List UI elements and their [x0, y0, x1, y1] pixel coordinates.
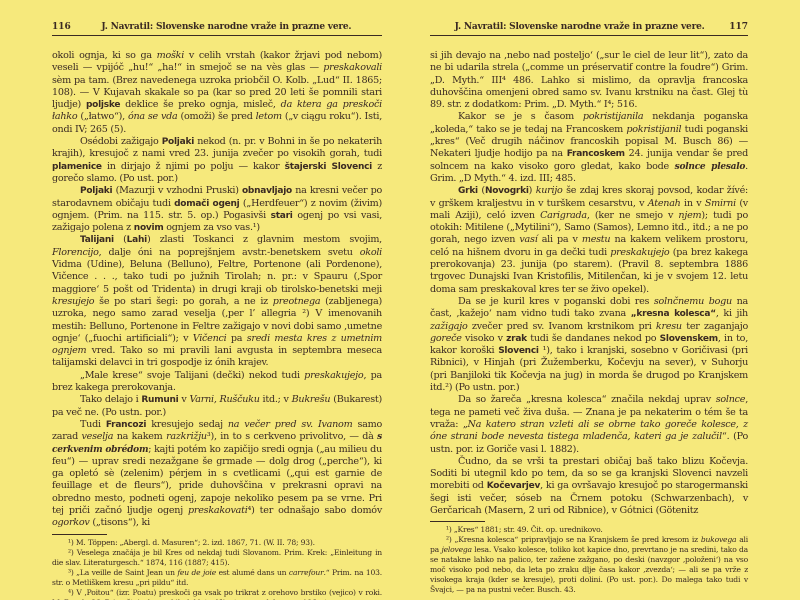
footnote: ²) Veselega značája je bil Kres od nekda… [52, 548, 382, 568]
paragraphs: si jih devajo na ‚nebo nad posteljo‘ („s… [430, 50, 748, 517]
footnote: ⁴) V ‚Poitou“ (izr. Poatu) preskoči ga v… [52, 588, 382, 600]
paragraph: okoli ognja, ki so ga moški v celih vrst… [52, 50, 382, 136]
page-number: 116 [52, 22, 71, 32]
paragraph: Da so žareča „kresna kolesca“ značila ne… [430, 394, 748, 455]
running-title: J. Navratil: Slovenske narodne vraže in … [71, 22, 382, 32]
running-title: J. Navratil: Slovenske narodne vraže in … [430, 22, 729, 32]
footnotes: ¹) „Kres“ 1881; str. 49. Čit. op. uredni… [430, 525, 748, 595]
paragraph: Talijani (Lahi) zlasti Toskanci z glavni… [52, 234, 382, 369]
page-number: 117 [729, 22, 748, 32]
footnote-divider [430, 521, 485, 522]
paragraph: „Male krese“ svoje Talijani (dečki) neko… [52, 370, 382, 395]
paragraph: Čudno, da se vrši ta prestari običaj baš… [430, 456, 748, 517]
paragraph: si jih devajo na ‚nebo nad posteljo‘ („s… [430, 50, 748, 111]
left-page: 116 J. Navratil: Slovenske narodne vraže… [52, 0, 382, 600]
paragraph: Poljaki (Mazurji v vzhodni Pruski) obnav… [52, 185, 382, 234]
footnote: ³) „La veille de Saint Jean un feu de jo… [52, 568, 382, 588]
footnote: ¹) M. Töppen: „Abergl. d. Masuren“; 2. i… [52, 538, 382, 548]
paragraph: Da se je kuril kres v poganski dobi res … [430, 296, 748, 394]
footnotes: ¹) M. Töppen: „Abergl. d. Masuren“; 2. i… [52, 538, 382, 600]
paragraph: Osédobi zažigajo Poljaki nekod (n. pr. v… [52, 136, 382, 185]
paragraph: Tudi Francozi kresujejo sedaj na večer p… [52, 419, 382, 530]
right-page: J. Navratil: Slovenske narodne vraže in … [430, 0, 748, 600]
paragraph: Tako delajo i Rumuni v Varni, Ruščuku it… [52, 394, 382, 419]
paragraph: Grki (Novogrki) kurijo še zdaj kres skor… [430, 185, 748, 296]
footnote: ¹) „Kres“ 1881; str. 49. Čit. op. uredni… [430, 525, 748, 535]
running-head: J. Navratil: Slovenske narodne vraže in … [430, 22, 748, 36]
footnote: ²) „Kresna kolesca“ pripravljajo se na K… [430, 535, 748, 595]
running-head: 116 J. Navratil: Slovenske narodne vraže… [52, 22, 382, 36]
footnote-divider [52, 534, 107, 535]
paragraph: Kakor se je s časom pokristijanila nekda… [430, 111, 748, 185]
paragraphs: okoli ognja, ki so ga moški v celih vrst… [52, 50, 382, 530]
page-body: si jih devajo na ‚nebo nad posteljo‘ („s… [430, 50, 748, 595]
page-body: okoli ognja, ki so ga moški v celih vrst… [52, 50, 382, 600]
